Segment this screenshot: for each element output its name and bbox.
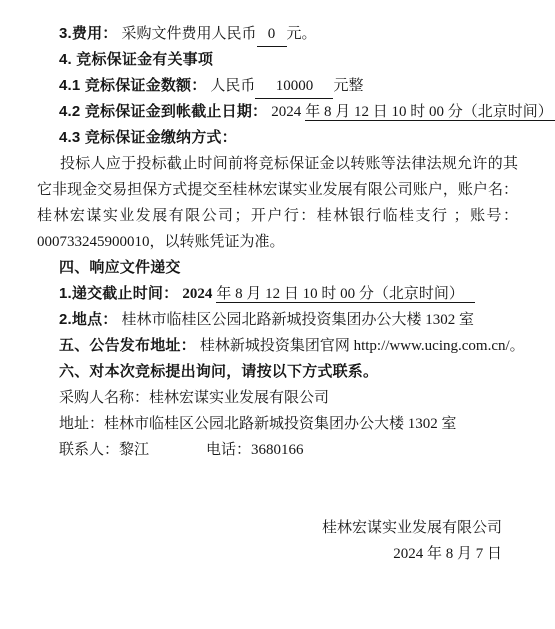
bond-deadline-line: 4.2 竞标保证金到帐截止日期：2024年 8 月 12 日 10 时 00 分… [59, 99, 518, 125]
submission-location-label: 2.地点： [59, 311, 118, 328]
bond-payment-heading-line: 4.3 竞标保证金缴纳方式： [59, 125, 518, 151]
fee-blank-value: 0 [257, 22, 287, 47]
bond-deadline-underlined-date: 年 8 月 12 日 10 时 00 分（北京时间） [305, 104, 555, 121]
bond-amount-label: 4.1 竞标保证金数额： [59, 77, 206, 94]
announcement-line: 五、公告发布地址：桂林新城投资集团官网 http://www.ucing.com… [59, 333, 518, 359]
document-page: 3.费用：采购文件费用人民币0元。 4. 竞标保证金有关事项 4.1 竞标保证金… [0, 0, 555, 567]
contact-line: 联系人：黎江电话：3680166 [59, 437, 518, 463]
bond-heading-text: 4. 竞标保证金有关事项 [59, 51, 213, 68]
fee-label: 3.费用： [59, 25, 118, 42]
announcement-label: 五、公告发布地址： [59, 337, 196, 354]
signature-company-line: 桂林宏谋实业发展有限公司 [37, 515, 502, 541]
purchaser-name-line: 采购人名称：桂林宏谋实业发展有限公司 [59, 385, 518, 411]
purchaser-address-line: 地址：桂林市临桂区公园北路新城投资集团办公大楼 1302 室 [59, 411, 518, 437]
bond-payment-paragraph: 投标人应于投标截止时间前将竞标保证金以转账等法律法规允许的其它非现金交易担保方式… [37, 151, 518, 255]
contact-phone-text: 电话：3680166 [206, 442, 304, 458]
submission-location-text: 桂林市临桂区公园北路新城投资集团办公大楼 1302 室 [122, 312, 475, 328]
fee-post-text: 元。 [287, 26, 317, 42]
submission-deadline-underlined-date: 年 8 月 12 日 10 时 00 分（北京时间） [216, 286, 475, 303]
fee-line: 3.费用：采购文件费用人民币0元。 [59, 21, 518, 47]
submission-section-heading: 四、响应文件递交 [59, 255, 518, 281]
bond-amount-pre: 人民币 [210, 78, 255, 94]
inquiry-heading-text: 六、对本次竞标提出询问，请按以下方式联系。 [59, 363, 378, 380]
submission-deadline-line: 1.递交截止时间：2024年 8 月 12 日 10 时 00 分（北京时间） [59, 281, 518, 307]
bond-amount-post: 元整 [333, 78, 363, 94]
contact-person-text: 联系人：黎江 [59, 442, 149, 458]
submission-deadline-year: 2024 [182, 286, 212, 302]
signature-date-line: 2024 年 8 月 7 日 [37, 541, 502, 567]
bond-section-heading: 4. 竞标保证金有关事项 [59, 47, 518, 73]
bond-deadline-label: 4.2 竞标保证金到帐截止日期： [59, 103, 267, 120]
submission-location-line: 2.地点：桂林市临桂区公园北路新城投资集团办公大楼 1302 室 [59, 307, 518, 333]
announcement-text: 桂林新城投资集团官网 http://www.ucing.com.cn/。 [200, 338, 525, 354]
bond-deadline-year: 2024 [271, 104, 301, 120]
fee-pre-text: 采购文件费用人民币 [122, 26, 257, 42]
submission-heading-text: 四、响应文件递交 [59, 259, 181, 276]
bond-payment-heading-text: 4.3 竞标保证金缴纳方式： [59, 129, 237, 146]
inquiry-section-heading: 六、对本次竞标提出询问，请按以下方式联系。 [59, 359, 518, 385]
bond-amount-blank-value: 10000 [255, 74, 333, 99]
submission-deadline-label: 1.递交截止时间： [59, 285, 178, 302]
blank-space [37, 463, 518, 515]
bond-amount-line: 4.1 竞标保证金数额：人民币10000元整 [59, 73, 518, 99]
